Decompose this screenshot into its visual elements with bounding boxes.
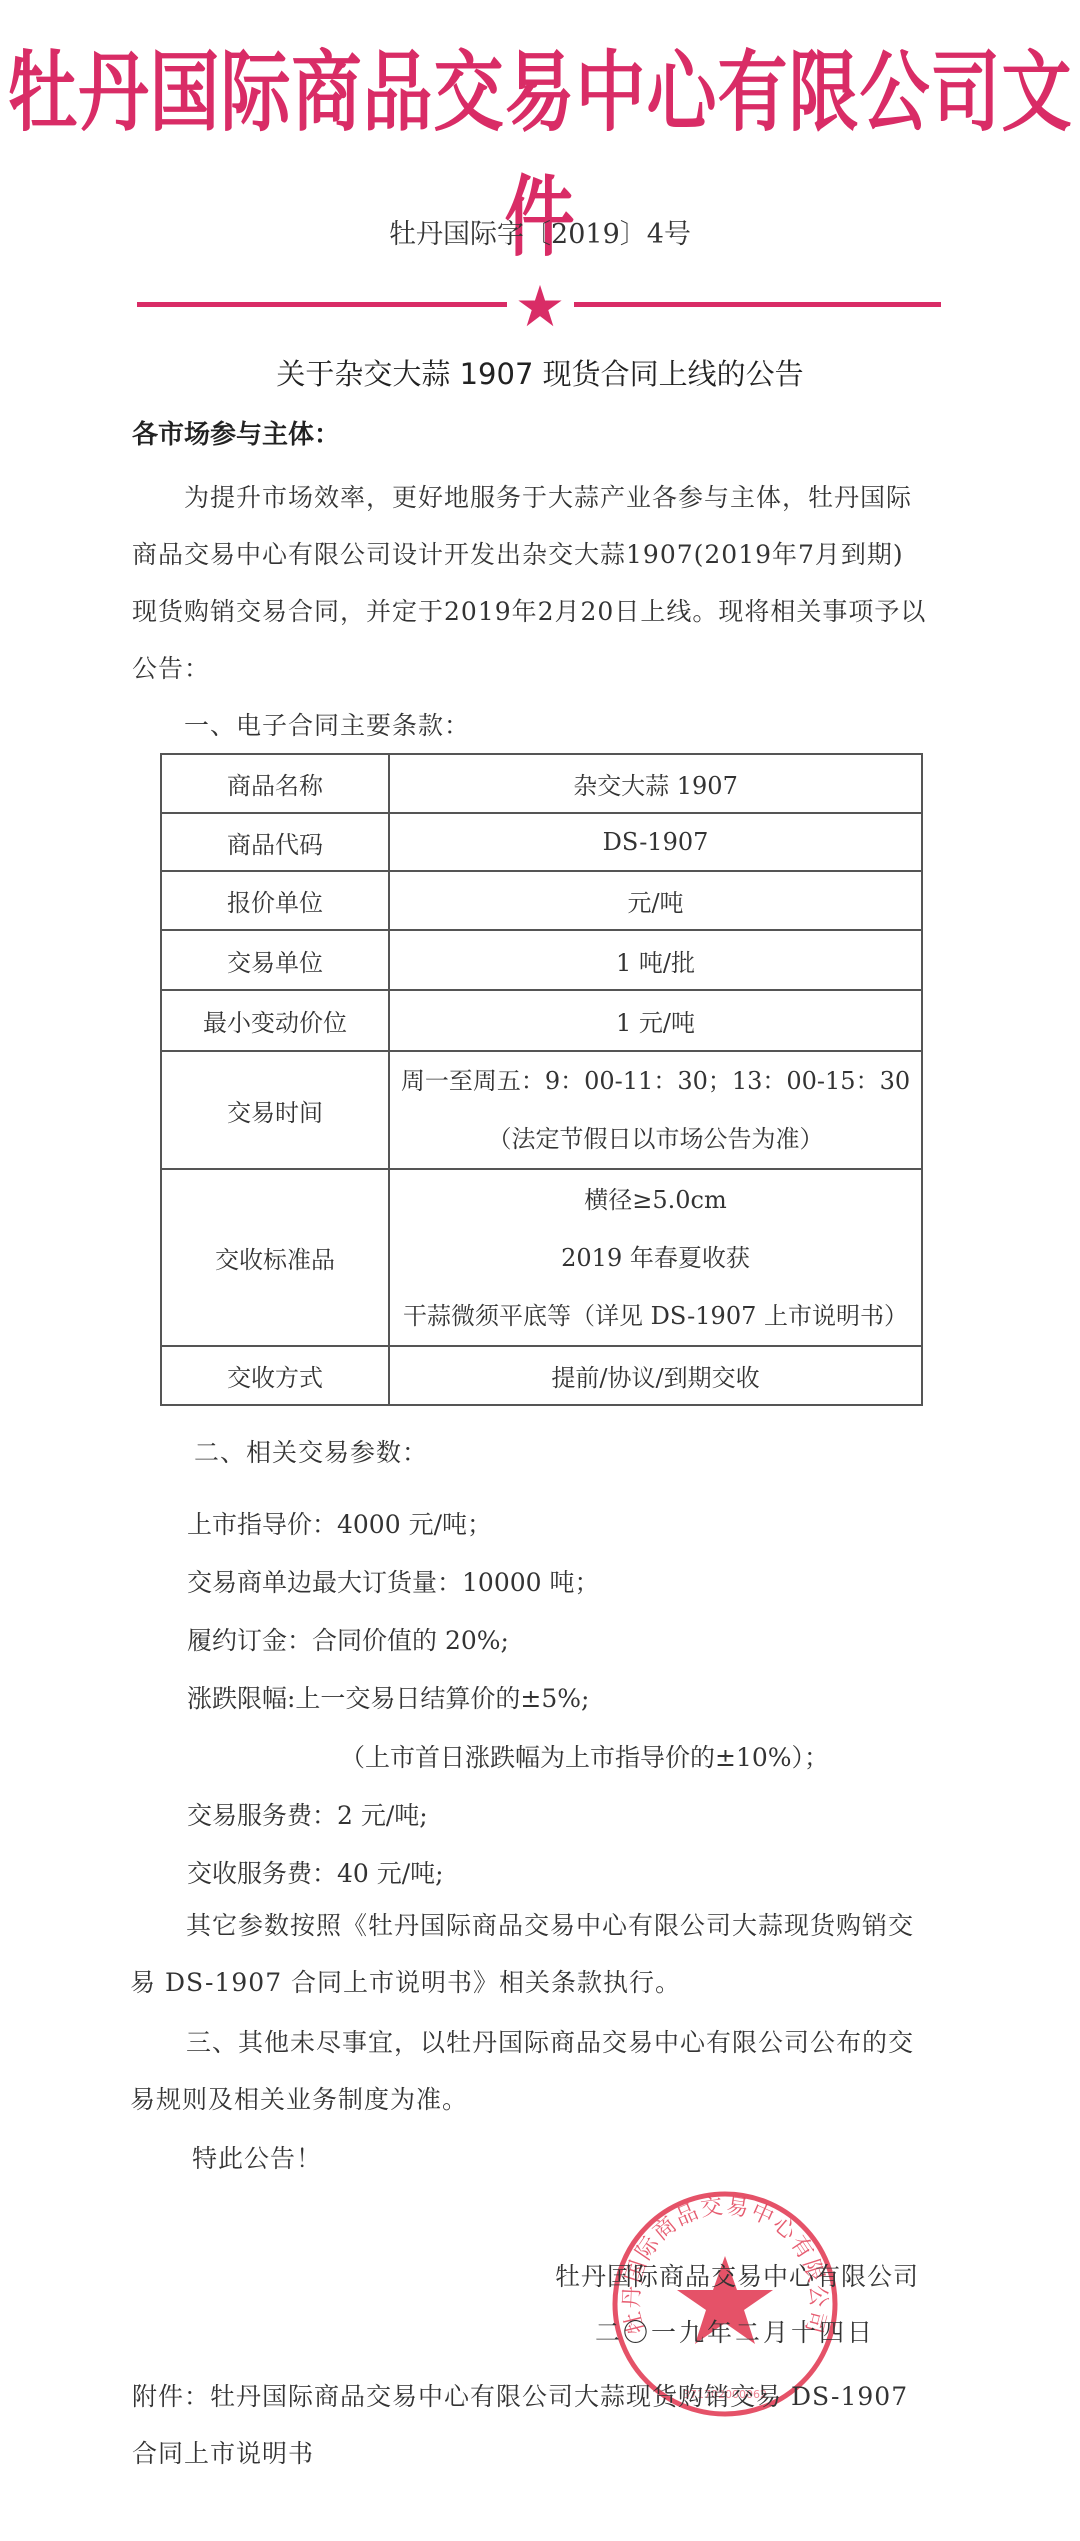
section2-heading: 二、相关交易参数： xyxy=(194,1424,989,1481)
term-value-line: 干蒜微须平底等（详见 DS-1907 上市说明书） xyxy=(390,1287,921,1345)
salutation: 各市场参与主体： xyxy=(132,414,340,451)
term-key: 商品名称 xyxy=(161,754,389,813)
section1-heading: 一、电子合同主要条款： xyxy=(184,697,979,754)
term-value-line: 2019 年春夏收获 xyxy=(390,1229,921,1287)
term-value: 1 元/吨 xyxy=(389,990,922,1051)
table-row: 交易时间 周一至周五：9：00-11：30；13：00-15：30 （法定节假日… xyxy=(161,1051,922,1169)
table-row: 交易单位 1 吨/批 xyxy=(161,930,922,990)
term-value: 周一至周五：9：00-11：30；13：00-15：30 （法定节假日以市场公告… xyxy=(389,1051,922,1169)
table-row: 交收标准品 横径≥5.0cm 2019 年春夏收获 干蒜微须平底等（详见 DS-… xyxy=(161,1169,922,1346)
document-number: 牡丹国际字〔2019〕4号 xyxy=(0,212,1080,251)
term-value-line: 横径≥5.0cm xyxy=(390,1171,921,1229)
table-row: 交收方式 提前/协议/到期交收 xyxy=(161,1346,922,1405)
term-value: 1 吨/批 xyxy=(389,930,922,990)
term-value: DS-1907 xyxy=(389,813,922,871)
term-key: 交收标准品 xyxy=(161,1169,389,1346)
intro-paragraph: 为提升市场效率，更好地服务于大蒜产业各参与主体，牡丹国际商品交易中心有限公司设计… xyxy=(132,469,927,697)
param-item: 履约订金：合同价值的 20%; xyxy=(187,1621,509,1657)
notice-title: 关于杂交大蒜 1907 现货合同上线的公告 xyxy=(0,352,1080,393)
term-value: 杂交大蒜 1907 xyxy=(389,754,922,813)
star-icon xyxy=(517,283,563,329)
term-value-line: （法定节假日以市场公告为准） xyxy=(390,1110,921,1168)
term-value: 提前/协议/到期交收 xyxy=(389,1346,922,1405)
term-key: 交易时间 xyxy=(161,1051,389,1169)
term-key: 交易单位 xyxy=(161,930,389,990)
param-item: 交收服务费：40 元/吨; xyxy=(187,1854,444,1890)
term-value-line: 周一至周五：9：00-11：30；13：00-15：30 xyxy=(390,1052,921,1110)
closing-text: 特此公告！ xyxy=(192,2130,987,2187)
param-item: 交易商单边最大订货量：10000 吨； xyxy=(187,1563,599,1599)
table-row: 最小变动价位 1 元/吨 xyxy=(161,990,922,1051)
param-item: （上市首日涨跌幅为上市指导价的±10%）； xyxy=(340,1738,829,1774)
signature-company: 牡丹国际商品交易中心有限公司 xyxy=(555,2257,919,2293)
header-rule-right xyxy=(574,302,941,307)
term-key: 交收方式 xyxy=(161,1346,389,1405)
term-key: 报价单位 xyxy=(161,871,389,930)
contract-terms-table: 商品名称 杂交大蒜 1907 商品代码 DS-1907 报价单位 元/吨 交易单… xyxy=(160,753,923,1406)
term-key: 商品代码 xyxy=(161,813,389,871)
param-item: 交易服务费：2 元/吨; xyxy=(187,1796,428,1832)
signature-date: 二〇一九年二月十四日 xyxy=(595,2313,875,2349)
param-item: 涨跌限幅:上一交易日结算价的±5%; xyxy=(187,1679,589,1715)
section3-paragraph: 三、其他未尽事宜，以牡丹国际商品交易中心有限公司公布的交易规则及相关业务制度为准… xyxy=(130,2014,925,2128)
table-row: 报价单位 元/吨 xyxy=(161,871,922,930)
term-key: 最小变动价位 xyxy=(161,990,389,1051)
other-params-paragraph: 其它参数按照《牡丹国际商品交易中心有限公司大蒜现货购销交易 DS-1907 合同… xyxy=(130,1897,925,2011)
header-rule-left xyxy=(137,302,507,307)
table-row: 商品名称 杂交大蒜 1907 xyxy=(161,754,922,813)
term-value: 元/吨 xyxy=(389,871,922,930)
param-item: 上市指导价：4000 元/吨； xyxy=(187,1505,492,1541)
term-value: 横径≥5.0cm 2019 年春夏收获 干蒜微须平底等（详见 DS-1907 上… xyxy=(389,1169,922,1346)
table-row: 商品代码 DS-1907 xyxy=(161,813,922,871)
attachment-note: 附件：牡丹国际商品交易中心有限公司大蒜现货购销交易 DS-1907 合同上市说明… xyxy=(132,2368,932,2482)
